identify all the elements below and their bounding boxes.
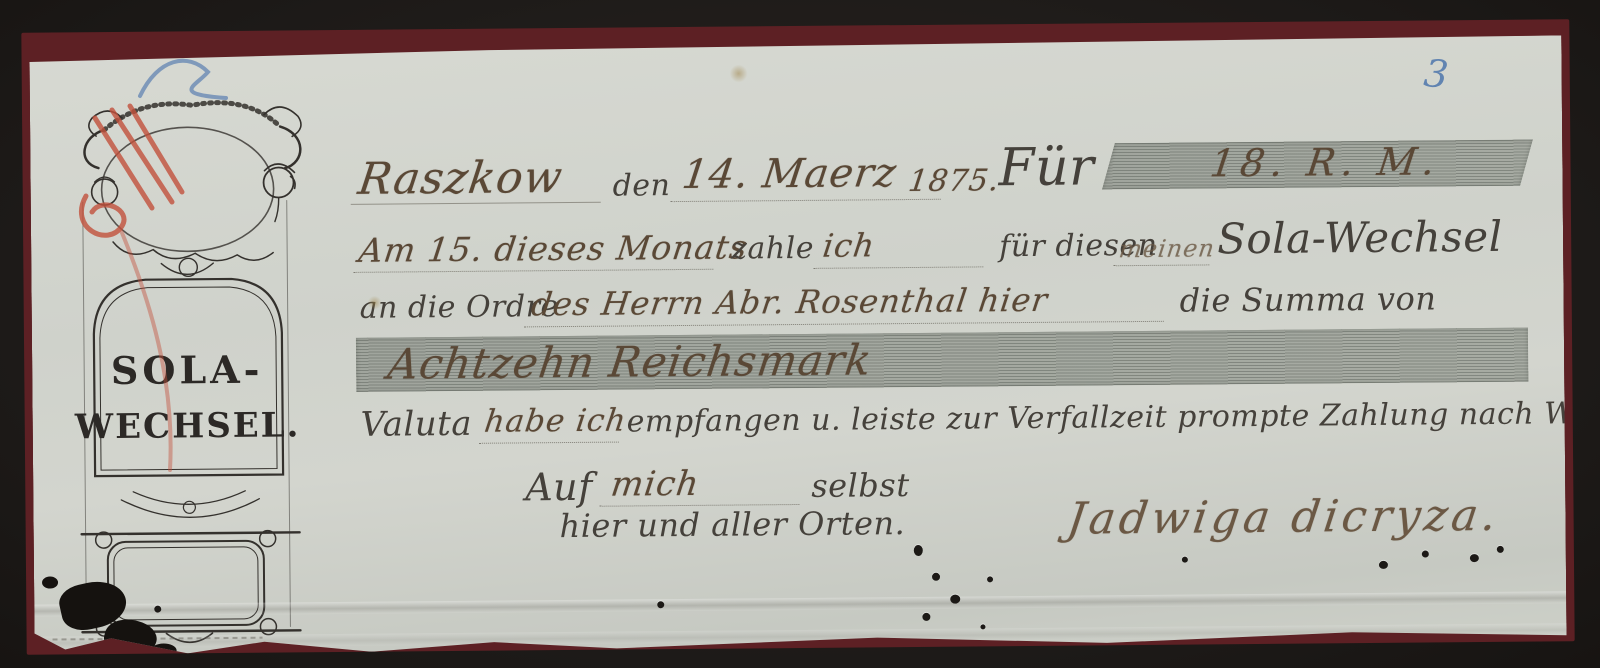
paper-hole bbox=[914, 545, 923, 556]
paper-hole bbox=[1422, 551, 1429, 558]
amount-figures-handwritten: 18. R. M. bbox=[1208, 142, 1443, 182]
year-handwritten: 1875. bbox=[907, 166, 1002, 197]
fill-rule bbox=[1113, 264, 1209, 266]
date-handwritten: 14. Maerz bbox=[680, 153, 899, 195]
paper-sheet: SOLA- WECHSEL. Raszkow den 14. Maerz 187… bbox=[29, 35, 1566, 654]
payee-handwritten: des Herrn Abr. Rosenthal hier bbox=[530, 284, 1051, 321]
paper-hole bbox=[922, 613, 930, 621]
blue-number-annotation: 3 bbox=[1422, 51, 1451, 97]
auf-printed: Auf bbox=[525, 468, 593, 507]
place-handwritten: Raszkow bbox=[356, 156, 566, 202]
zahle-printed: zahle bbox=[731, 234, 814, 265]
orte-printed: hier und aller Orten. bbox=[559, 507, 905, 542]
ink-blot bbox=[42, 576, 58, 588]
ich-handwritten: ich bbox=[821, 229, 877, 261]
paper-hole bbox=[1497, 546, 1504, 553]
valuta-rest-printed: empfangen u. leiste zur Verfallzeit prom… bbox=[627, 398, 1600, 438]
paper-hole bbox=[980, 624, 985, 629]
scanned-promissory-note: SOLA- WECHSEL. Raszkow den 14. Maerz 187… bbox=[0, 0, 1600, 668]
sola-wechsel-printed: Sola-Wechsel bbox=[1217, 216, 1503, 260]
valuta-printed: Valuta bbox=[361, 407, 473, 442]
selbst-printed: selbst bbox=[811, 469, 910, 502]
paper-hole bbox=[987, 576, 993, 582]
ornamental-border-panel: SOLA- WECHSEL. bbox=[42, 70, 347, 653]
paper-hole bbox=[950, 595, 960, 604]
den-printed: den bbox=[612, 171, 670, 202]
mich-handwritten: mich bbox=[609, 467, 702, 502]
paper-hole bbox=[1379, 561, 1388, 569]
fill-rule bbox=[671, 199, 941, 202]
fill-rule bbox=[479, 442, 619, 444]
face-ornament bbox=[263, 164, 295, 222]
habe-ich-handwritten: habe ich bbox=[483, 405, 629, 437]
paper-hole bbox=[1470, 554, 1479, 562]
signature-handwritten: Jadwiga dicryza. bbox=[1065, 494, 1503, 542]
panel-title-wechsel: WECHSEL. bbox=[74, 405, 301, 447]
meinen-handwritten: meinen bbox=[1118, 236, 1217, 261]
stain bbox=[368, 296, 382, 310]
fill-rule bbox=[813, 266, 983, 268]
panel-title-sola: SOLA- bbox=[111, 347, 264, 393]
paper-hole bbox=[932, 573, 940, 581]
stain bbox=[730, 64, 748, 82]
opening-handwritten: Am 15. dieses Monats bbox=[357, 230, 750, 266]
paper-hole bbox=[1182, 557, 1188, 563]
amount-words-handwritten: Achtzehn Reichsmark bbox=[385, 339, 874, 385]
fold-crease bbox=[34, 591, 1566, 616]
paper-hole bbox=[657, 601, 664, 608]
paper-hole bbox=[154, 606, 161, 613]
summa-printed: die Summa von bbox=[1179, 282, 1436, 316]
fuer-printed: Für bbox=[998, 141, 1094, 194]
